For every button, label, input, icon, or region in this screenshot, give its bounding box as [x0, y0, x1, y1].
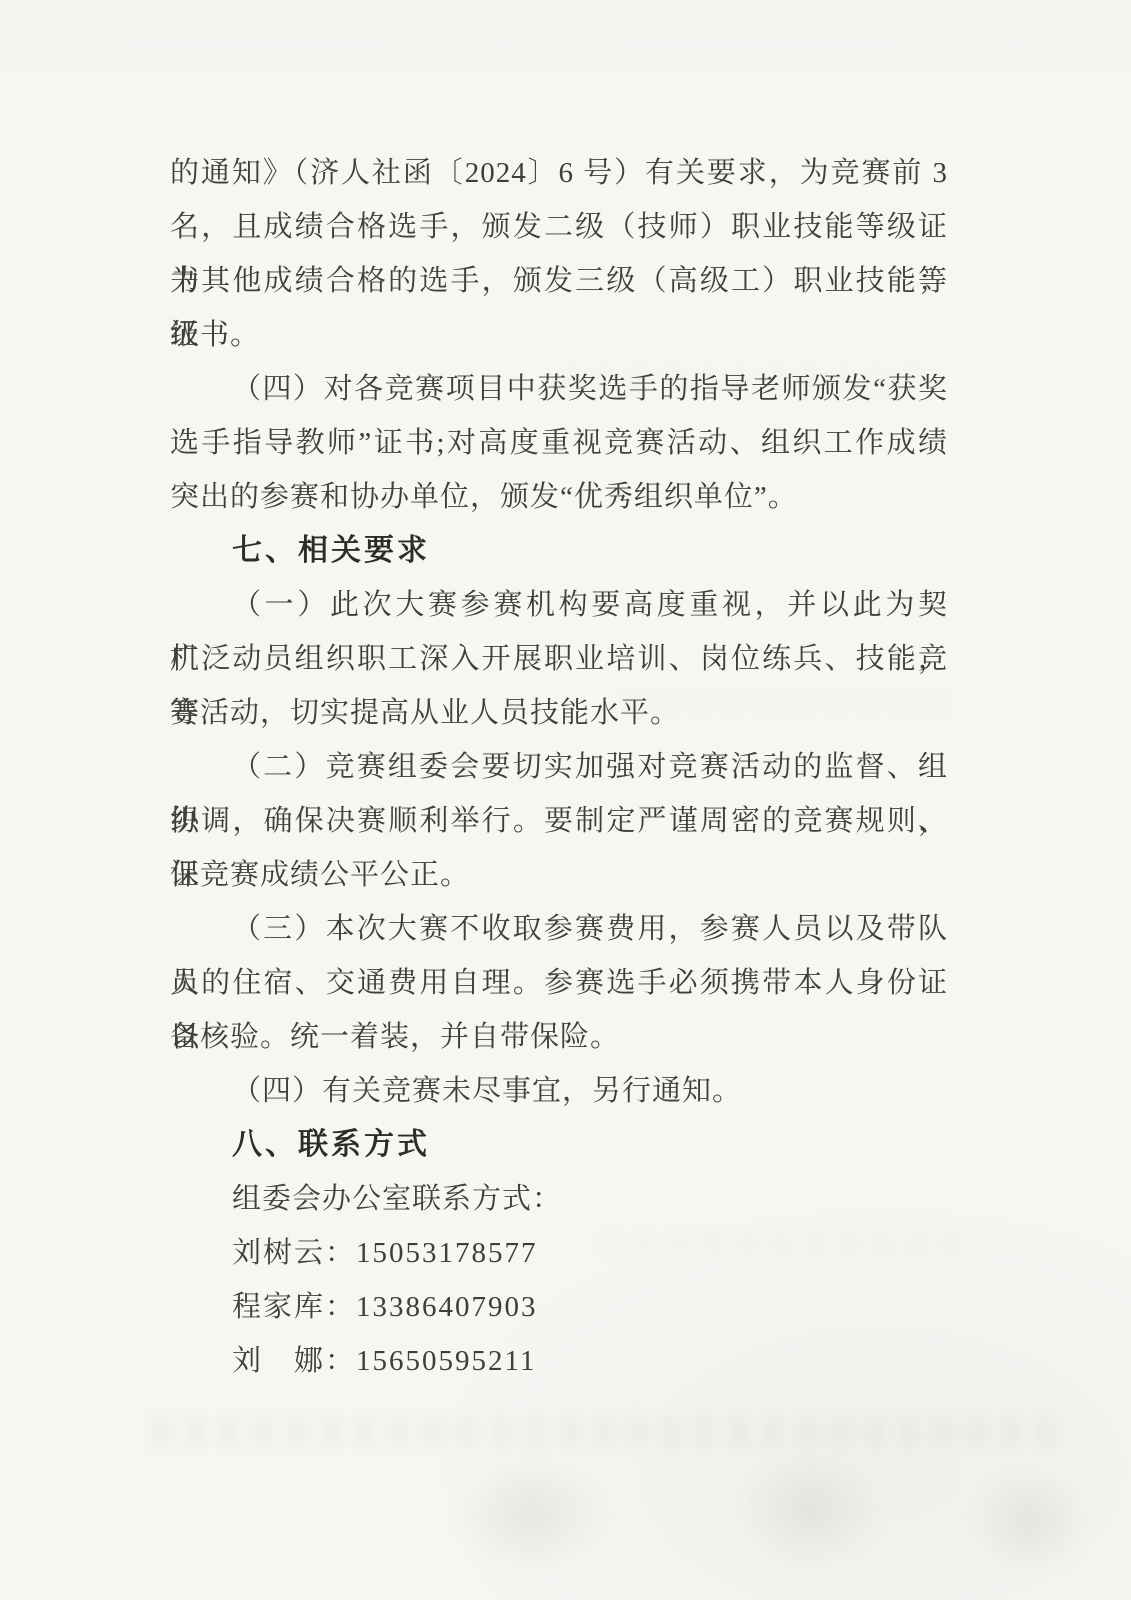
body-line: （二）竞赛组委会要切实加强对竞赛活动的监督、组织、 — [170, 740, 948, 794]
body-line: （三）本次大赛不收取参赛费用，参赛人员以及带队人 — [170, 902, 948, 956]
bleedthrough-mark — [700, 1420, 920, 1600]
bleedthrough-mark — [150, 1415, 1070, 1449]
bleedthrough-mark — [940, 1440, 1120, 1600]
section-heading-8: 八、联系方式 — [170, 1118, 948, 1172]
scanned-document-page: 的通知》（济人社函〔2024〕6 号）有关要求，为竞赛前 3 名，且成绩合格选手… — [0, 0, 1131, 1600]
body-line: 选手指导教师”证书;对高度重视竞赛活动、组织工作成绩 — [170, 416, 948, 470]
contact-line: 刘树云：15053178577 — [170, 1226, 948, 1280]
body-line: 为其他成绩合格的选手，颁发三级（高级工）职业技能等级 — [170, 254, 948, 308]
contact-line: 刘 娜：15650595211 — [170, 1334, 948, 1388]
body-line: 名，且成绩合格选手，颁发二级（技师）职业技能等级证书； — [170, 200, 948, 254]
body-line: 证书。 — [170, 308, 948, 362]
body-line: 突出的参赛和协办单位，颁发“优秀组织单位”。 — [170, 470, 948, 524]
bleedthrough-mark — [420, 1430, 640, 1600]
body-line: 的通知》（济人社函〔2024〕6 号）有关要求，为竞赛前 3 — [170, 146, 948, 200]
contact-intro-line: 组委会办公室联系方式： — [170, 1172, 948, 1226]
body-line: 备核验。统一着装，并自带保险。 — [170, 1010, 948, 1064]
body-line: 员的住宿、交通费用自理。参赛选手必须携带本人身份证以 — [170, 956, 948, 1010]
body-line: （一）此次大赛参赛机构要高度重视，并以此为契机， — [170, 578, 948, 632]
body-line: 证竞赛成绩公平公正。 — [170, 848, 948, 902]
body-line: （四）对各竞赛项目中获奖选手的指导老师颁发“获奖 — [170, 362, 948, 416]
body-line: 等活动，切实提高从业人员技能水平。 — [170, 686, 948, 740]
document-text-block: 的通知》（济人社函〔2024〕6 号）有关要求，为竞赛前 3 名，且成绩合格选手… — [170, 146, 948, 1388]
body-line: 协调，确保决赛顺利举行。要制定严谨周密的竞赛规则，保 — [170, 794, 948, 848]
body-line: 广泛动员组织职工深入开展职业培训、岗位练兵、技能竞赛 — [170, 632, 948, 686]
body-line: （四）有关竞赛未尽事宜，另行通知。 — [170, 1064, 948, 1118]
contact-line: 程家库：13386407903 — [170, 1280, 948, 1334]
section-heading-7: 七、相关要求 — [170, 524, 948, 578]
